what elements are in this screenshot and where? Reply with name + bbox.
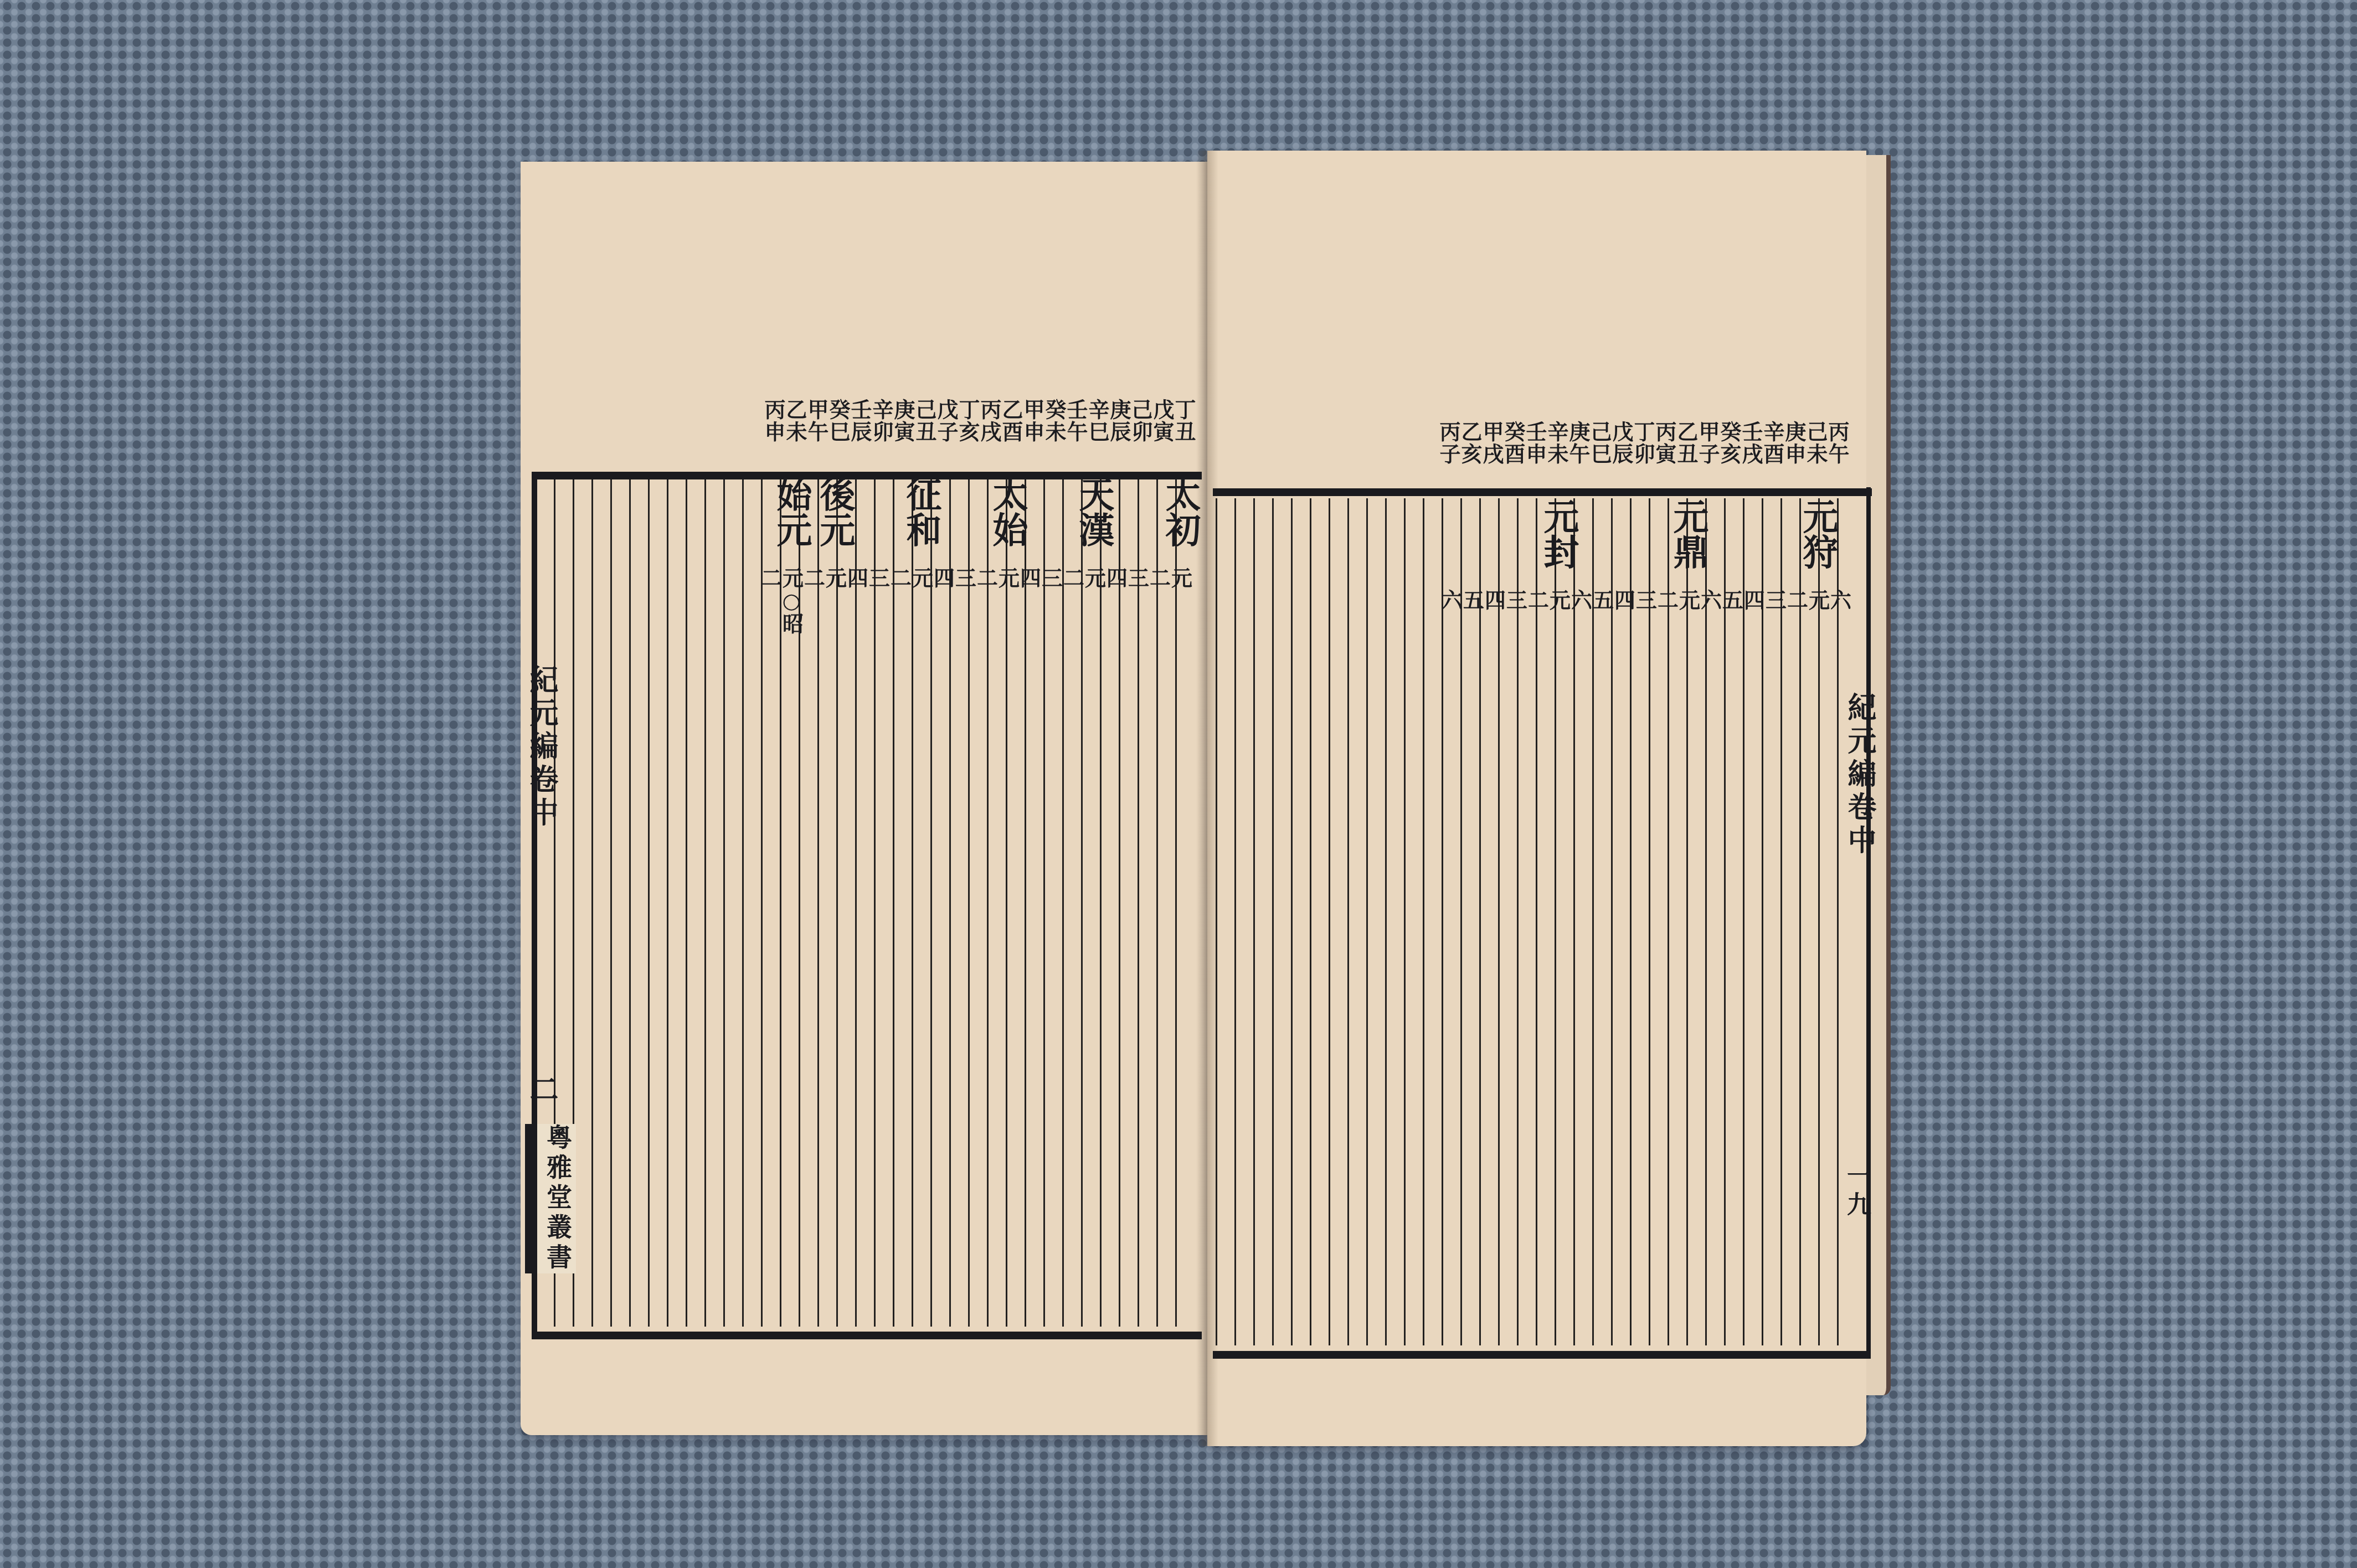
- earthly-branch: 卯: [1634, 443, 1655, 465]
- ganzhi-year: 丙戌: [980, 399, 1002, 443]
- ganzhi-year: 辛卯: [872, 399, 894, 443]
- ganzhi-year: 壬戌: [1742, 421, 1763, 465]
- regnal-year: 元: [910, 567, 932, 588]
- heavenly-stem: 丁: [959, 399, 980, 421]
- ganzhi-year: 癸未: [1045, 399, 1067, 443]
- regnal-year: 二: [1526, 589, 1548, 610]
- heavenly-stem: 丙: [980, 399, 1001, 421]
- heavenly-stem: 丁: [1634, 421, 1655, 443]
- ganzhi-year: 丙午: [1828, 421, 1850, 465]
- ganzhi-year: 乙酉: [1002, 399, 1023, 443]
- regnal-year: 二: [1785, 589, 1807, 610]
- ganzhi-year: 乙未: [786, 399, 807, 443]
- heavenly-stem: 癸: [1045, 399, 1066, 421]
- earthly-branch: 未: [1807, 443, 1828, 465]
- earthly-branch: 亥: [1461, 443, 1482, 465]
- year-column: 天漢元: [1083, 476, 1104, 634]
- heavenly-stem: 辛: [1763, 421, 1784, 443]
- earthly-branch: 卯: [1131, 421, 1152, 443]
- heavenly-stem: 庚: [1110, 399, 1131, 421]
- year-column: 四: [845, 476, 867, 634]
- year-column: 四: [932, 476, 953, 634]
- earthly-branch: 午: [1067, 421, 1088, 443]
- regnal-year: 六: [1569, 589, 1591, 610]
- regnal-year: 元: [1677, 589, 1699, 610]
- heavenly-stem: 甲: [1023, 399, 1044, 421]
- regnal-year: 三: [1504, 589, 1526, 610]
- earthly-branch: 辰: [1612, 443, 1633, 465]
- regnal-year: 三: [1634, 589, 1656, 610]
- ganzhi-year: 庚午: [1569, 421, 1591, 465]
- earthly-branch: 丑: [1677, 443, 1698, 465]
- regnal-year: 六: [1439, 589, 1461, 610]
- regnal-year: 三: [1763, 589, 1785, 610]
- year-column: 六: [1569, 498, 1591, 610]
- regnal-year: 二: [1061, 567, 1083, 588]
- regnal-year: 元: [824, 567, 846, 588]
- regnal-year: 元: [1807, 589, 1829, 610]
- year-column: 太初元: [1169, 476, 1191, 634]
- regnal-year: 四: [1742, 589, 1764, 610]
- ganzhi-year: 甲申: [1023, 399, 1045, 443]
- earthly-branch: 子: [1439, 443, 1460, 465]
- ganzhi-year: 丁亥: [959, 399, 980, 443]
- regnal-year: 五: [1720, 589, 1742, 610]
- ganzhi-year: 壬申: [1526, 421, 1547, 465]
- ganzhi-year: 己未: [1807, 421, 1828, 465]
- earthly-branch: 辰: [851, 421, 872, 443]
- heavenly-stem: 丙: [764, 399, 785, 421]
- year-column: 五: [1591, 498, 1612, 610]
- year-column: 六: [1439, 498, 1461, 610]
- earthly-branch: 申: [1023, 421, 1044, 443]
- heavenly-stem: 癸: [1720, 421, 1741, 443]
- ganzhi-year: 戊寅: [1153, 399, 1175, 443]
- heavenly-stem: 辛: [872, 399, 893, 421]
- ganzhi-year: 乙丑: [1677, 421, 1699, 465]
- ganzhi-year: 甲子: [1699, 421, 1720, 465]
- left-margin-title: 紀元編卷中: [521, 664, 562, 831]
- regnal-year: 二: [1147, 567, 1170, 588]
- ganzhi-year: 癸巳: [829, 399, 851, 443]
- earthly-branch: 酉: [1002, 421, 1023, 443]
- regnal-year: 元: [1547, 589, 1569, 610]
- year-column: 元封元: [1547, 498, 1569, 610]
- regnal-year: 四: [1483, 589, 1505, 610]
- regnal-year: 四: [845, 567, 867, 588]
- regnal-year: 五: [1591, 589, 1613, 610]
- ganzhi-year: 甲午: [807, 399, 829, 443]
- year-column: 四: [1742, 498, 1763, 610]
- ganzhi-year: 戊子: [937, 399, 959, 443]
- earthly-branch: 卯: [872, 421, 893, 443]
- year-column: 三: [1504, 498, 1526, 610]
- year-column: 四: [1104, 476, 1126, 634]
- year-column: 三: [1039, 476, 1061, 634]
- earthly-branch: 午: [1569, 443, 1590, 465]
- right-page-number: 一九: [1839, 1163, 1874, 1220]
- right-ganzhi-header: 丙午己未庚申辛酉壬戌癸亥甲子乙丑丙寅丁卯戊辰己巳庚午辛未壬申癸酉甲戌乙亥丙子: [1241, 421, 1850, 465]
- earthly-branch: 辰: [1110, 421, 1131, 443]
- heavenly-stem: 己: [1591, 421, 1612, 443]
- regnal-year: 二: [975, 567, 997, 588]
- earthly-branch: 寅: [1655, 443, 1676, 465]
- ganzhi-year: 己丑: [915, 399, 937, 443]
- earthly-branch: 戌: [980, 421, 1001, 443]
- year-column: 三: [1126, 476, 1147, 634]
- earthly-branch: 申: [1526, 443, 1547, 465]
- heavenly-stem: 戊: [937, 399, 958, 421]
- heavenly-stem: 庚: [1569, 421, 1590, 443]
- heavenly-stem: 辛: [1088, 399, 1109, 421]
- ganzhi-year: 辛巳: [1088, 399, 1110, 443]
- regnal-year: 五: [1461, 589, 1483, 610]
- earthly-branch: 亥: [1720, 443, 1741, 465]
- left-era-table: 太初元二三四天漢元二三四太始元二三四征和元二三四後元元二始元元○昭二: [554, 476, 1191, 634]
- era-name: 太初: [1160, 476, 1201, 565]
- regnal-year: 四: [932, 567, 954, 588]
- ganzhi-year: 甲戌: [1483, 421, 1504, 465]
- year-column: 六: [1828, 498, 1850, 610]
- heavenly-stem: 乙: [1002, 399, 1023, 421]
- heavenly-stem: 乙: [786, 399, 807, 421]
- year-column: 四: [1483, 498, 1504, 610]
- regnal-year: 三: [1126, 567, 1148, 588]
- heavenly-stem: 庚: [1785, 421, 1806, 443]
- heavenly-stem: 丙: [1439, 421, 1460, 443]
- ganzhi-year: 己卯: [1131, 399, 1153, 443]
- left-press-name: 粵雅堂叢書: [525, 1124, 576, 1273]
- year-column: 元鼎元: [1677, 498, 1699, 610]
- ganzhi-year: 丁丑: [1175, 399, 1196, 443]
- earthly-branch: 戌: [1483, 443, 1504, 465]
- regnal-year: 六: [1828, 589, 1850, 610]
- regnal-year: 元: [996, 567, 1018, 588]
- regnal-year: 二: [802, 567, 824, 588]
- left-ganzhi-header: 丁丑戊寅己卯庚辰辛巳壬午癸未甲申乙酉丙戌丁亥戊子己丑庚寅辛卯壬辰癸巳甲午乙未丙申: [548, 399, 1196, 443]
- regnal-year: 元: [1083, 567, 1105, 588]
- regnal-year: 四: [1104, 567, 1126, 588]
- heavenly-stem: 辛: [1547, 421, 1568, 443]
- year-column: 五: [1461, 498, 1483, 610]
- ganzhi-year: 丙寅: [1655, 421, 1677, 465]
- heavenly-stem: 乙: [1677, 421, 1698, 443]
- heavenly-stem: 壬: [1526, 421, 1547, 443]
- ganzhi-year: 癸亥: [1720, 421, 1742, 465]
- heavenly-stem: 乙: [1461, 421, 1482, 443]
- regnal-year: 二: [888, 567, 910, 588]
- heavenly-stem: 壬: [1742, 421, 1763, 443]
- ganzhi-year: 庚辰: [1110, 399, 1131, 443]
- ganzhi-year: 庚申: [1785, 421, 1807, 465]
- year-column: 三: [867, 476, 888, 634]
- heavenly-stem: 丁: [1175, 399, 1196, 421]
- earthly-branch: 未: [1547, 443, 1568, 465]
- heavenly-stem: 丙: [1655, 421, 1676, 443]
- earthly-branch: 巳: [829, 421, 850, 443]
- ganzhi-year: 庚寅: [894, 399, 915, 443]
- ganzhi-year: 乙亥: [1461, 421, 1483, 465]
- regnal-year: 元○昭: [780, 567, 802, 634]
- regnal-year: 四: [1018, 567, 1040, 588]
- heavenly-stem: 丙: [1828, 421, 1849, 443]
- earthly-branch: 戌: [1742, 443, 1763, 465]
- ganzhi-year: 己巳: [1591, 421, 1612, 465]
- earthly-branch: 巳: [1088, 421, 1109, 443]
- regnal-year: 四: [1612, 589, 1634, 610]
- year-column: 四: [1612, 498, 1634, 610]
- earthly-branch: 寅: [1153, 421, 1174, 443]
- year-column: 三: [953, 476, 975, 634]
- regnal-year: 二: [1655, 589, 1677, 610]
- heavenly-stem: 甲: [1483, 421, 1504, 443]
- earthly-branch: 午: [1828, 443, 1849, 465]
- ganzhi-year: 丁卯: [1634, 421, 1655, 465]
- year-column: 三: [1763, 498, 1785, 610]
- earthly-branch: 子: [1699, 443, 1720, 465]
- right-header-rule: [1213, 488, 1872, 496]
- ganzhi-year: 癸酉: [1504, 421, 1526, 465]
- regnal-year: 三: [953, 567, 975, 588]
- heavenly-stem: 戊: [1153, 399, 1174, 421]
- earthly-branch: 巳: [1591, 443, 1612, 465]
- left-page-number: 二: [521, 1074, 562, 1107]
- year-column: 後元元: [824, 476, 845, 634]
- year-column: 三: [1634, 498, 1655, 610]
- ganzhi-year: 丙子: [1439, 421, 1461, 465]
- year-column: 元狩元: [1807, 498, 1828, 610]
- regnal-year: 元: [1169, 567, 1191, 588]
- heavenly-stem: 癸: [1504, 421, 1525, 443]
- heavenly-stem: 壬: [851, 399, 872, 421]
- year-column: 太始元: [996, 476, 1018, 634]
- earthly-branch: 丑: [1175, 421, 1196, 443]
- heavenly-stem: 己: [915, 399, 936, 421]
- year-column: 四: [1018, 476, 1039, 634]
- ganzhi-year: 丙申: [764, 399, 786, 443]
- year-column: 六: [1699, 498, 1720, 610]
- heavenly-stem: 戊: [1612, 421, 1633, 443]
- regnal-year: 六: [1699, 589, 1721, 610]
- heavenly-stem: 癸: [829, 399, 850, 421]
- ganzhi-year: 壬午: [1067, 399, 1088, 443]
- heavenly-stem: 甲: [1699, 421, 1720, 443]
- right-print-frame: [1213, 487, 1871, 1359]
- earthly-branch: 午: [807, 421, 828, 443]
- earthly-branch: 丑: [915, 421, 936, 443]
- earthly-branch: 未: [786, 421, 807, 443]
- regnal-year: 三: [867, 567, 889, 588]
- right-era-table: 六元狩元二三四五六元鼎元二三四五六元封元二三四五六: [1224, 498, 1850, 610]
- year-column: 始元元○昭: [780, 476, 802, 634]
- earthly-branch: 子: [937, 421, 958, 443]
- heavenly-stem: 壬: [1067, 399, 1088, 421]
- ganzhi-year: 辛酉: [1763, 421, 1785, 465]
- heavenly-stem: 己: [1807, 421, 1828, 443]
- earthly-branch: 酉: [1504, 443, 1525, 465]
- regnal-year: 二: [759, 567, 781, 588]
- ganzhi-year: 壬辰: [851, 399, 872, 443]
- ganzhi-year: 戊辰: [1612, 421, 1634, 465]
- heavenly-stem: 庚: [894, 399, 915, 421]
- heavenly-stem: 甲: [807, 399, 828, 421]
- heavenly-stem: 己: [1131, 399, 1152, 421]
- ganzhi-year: 辛未: [1547, 421, 1569, 465]
- earthly-branch: 亥: [959, 421, 980, 443]
- earthly-branch: 未: [1045, 421, 1066, 443]
- earthly-branch: 申: [764, 421, 785, 443]
- year-column: 征和元: [910, 476, 932, 634]
- earthly-branch: 酉: [1763, 443, 1784, 465]
- year-column: 五: [1720, 498, 1742, 610]
- earthly-branch: 申: [1785, 443, 1806, 465]
- earthly-branch: 寅: [894, 421, 915, 443]
- regnal-year: 三: [1039, 567, 1062, 588]
- right-margin-title: 紀元編卷中: [1839, 692, 1880, 858]
